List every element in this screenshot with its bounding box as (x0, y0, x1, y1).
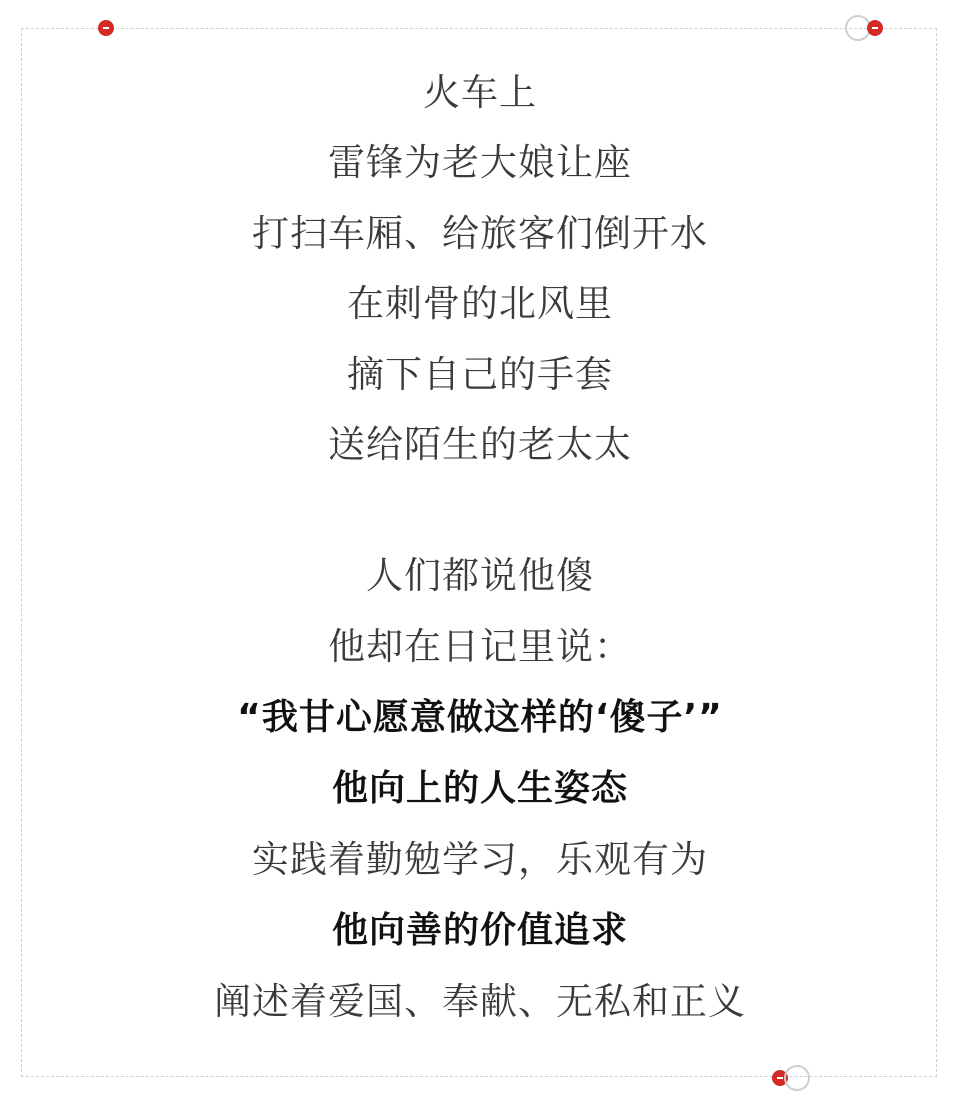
red-dot-marker-top-left (98, 20, 114, 36)
poem-line: 摘下自己的手套 (0, 353, 960, 397)
poem-line: 他却在日记里说： (0, 625, 960, 669)
poem-line-bold: 他向善的价值追求 (0, 909, 960, 953)
poem-line: 火车上 (0, 71, 960, 115)
poem-line: 送给陌生的老太太 (0, 423, 960, 467)
ring-marker-bottom (784, 1065, 810, 1091)
poem-line: 打扫车厢、给旅客们倒开水 (0, 212, 960, 256)
poem-line: 在刺骨的北风里 (0, 282, 960, 326)
poem-line: 人们都说他傻 (0, 554, 960, 598)
poem-line-bold: 他向上的人生姿态 (0, 767, 960, 811)
poem-line: 雷锋为老大娘让座 (0, 141, 960, 185)
poem-line-bold-quote: “我甘心愿意做这样的‘傻子’” (0, 696, 960, 740)
poem-line: 实践着勤勉学习，乐观有为 (0, 838, 960, 882)
poem-line: 阐述着爱国、奉献、无私和正义 (0, 980, 960, 1024)
red-dot-marker-top-right (867, 20, 883, 36)
